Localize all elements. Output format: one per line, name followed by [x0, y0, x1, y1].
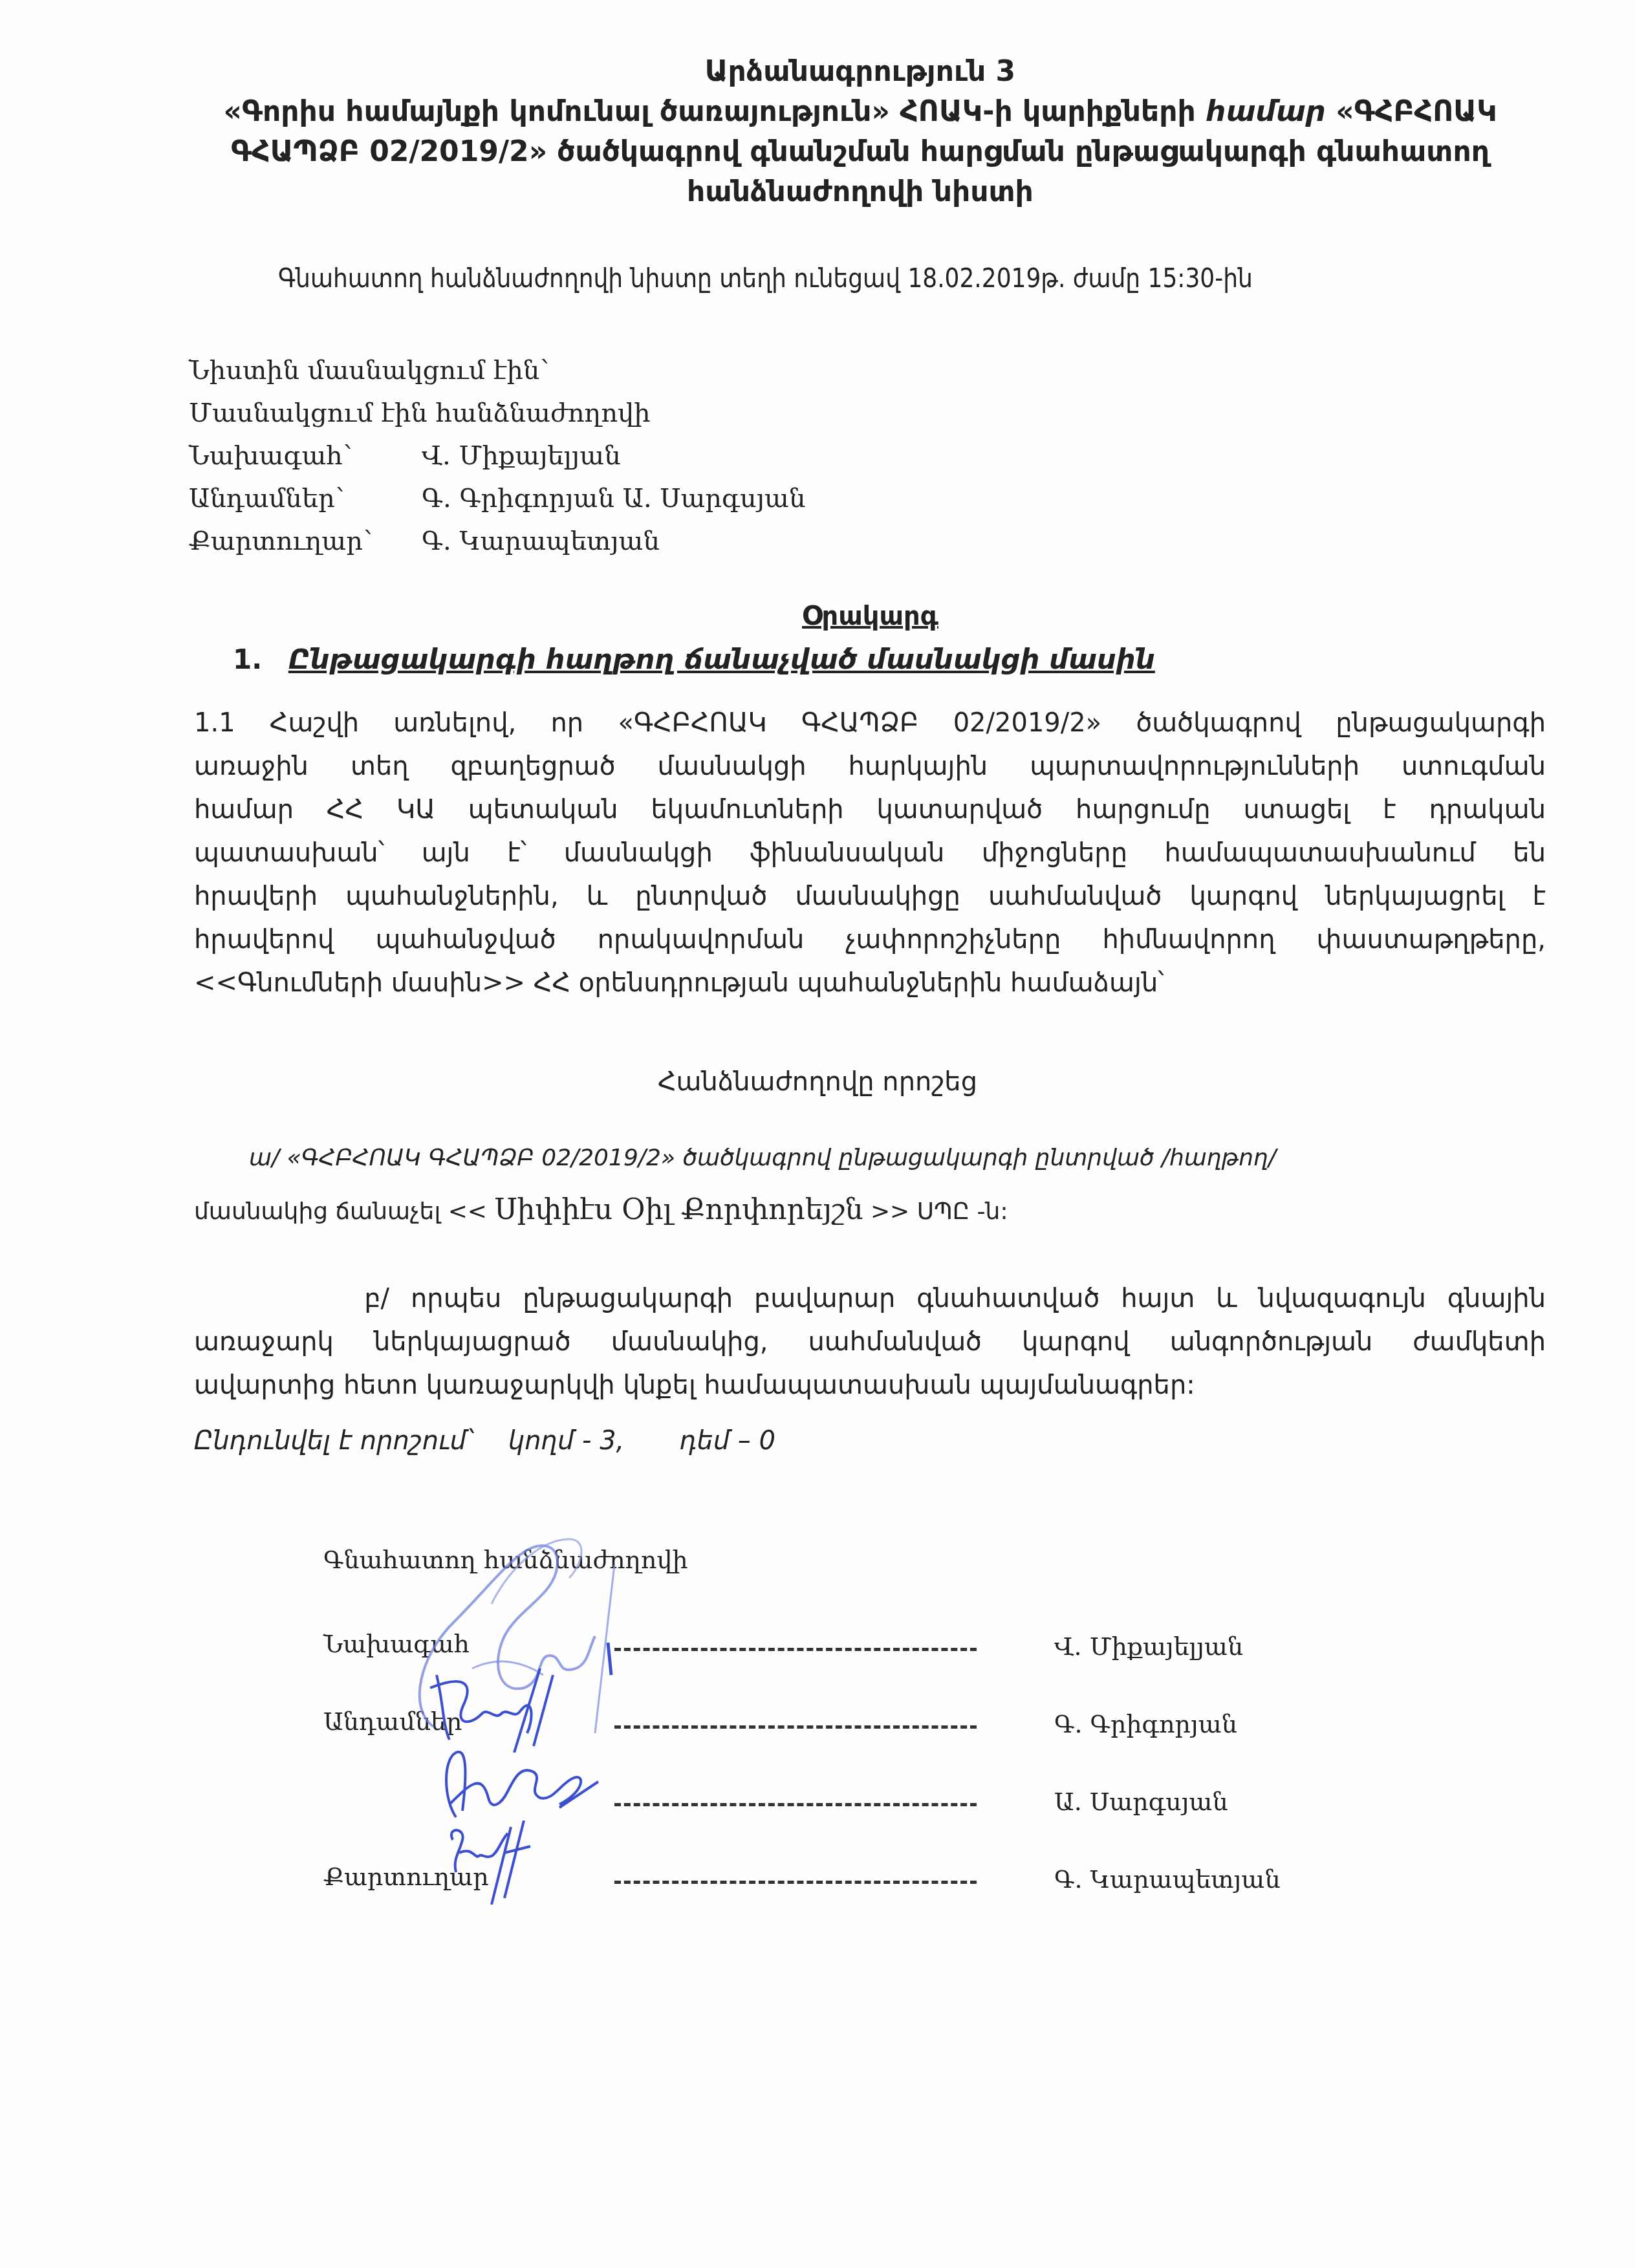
paragraph-line: համար ՀՀ ԿԱ պետական եկամուտների կատարված… [194, 788, 1546, 832]
paragraph-line: առաջարկ ներկայացրած մասնակից, սահմանված … [194, 1321, 1546, 1364]
paragraph-line: <<Գնումների մասին>> ՀՀ օրենսդրության պահ… [194, 962, 1546, 1005]
signature-name: Գ. Կարապետյան [1054, 1865, 1281, 1894]
attendees-intro-text: Նիստին մասնակցում էին՝ [189, 349, 549, 392]
document-page: Արձանագրություն 3 «Գորիս համայնքի կոմուն… [0, 0, 1635, 2268]
winning-company-name: Սիփիէս Օիլ Քորփորեյշն [494, 1193, 863, 1226]
attendees-intro-2: Մասնակցում էին հանձնաժողովի [189, 392, 805, 435]
signature-role: Քարտուղար [323, 1863, 489, 1891]
signature-line [614, 1803, 977, 1806]
title-line-1: Արձանագրություն 3 [162, 52, 1559, 92]
paragraph-line: բ/ որպես ընթացակարգի բավարար գնահատված հ… [194, 1277, 1546, 1321]
attendees-intro: Նիստին մասնակցում էին՝ [189, 349, 805, 392]
document-title: Արձանագրություն 3 «Գորիս համայնքի կոմուն… [162, 52, 1559, 212]
attendees-block: Նիստին մասնակցում էին՝ Մասնակցում էին հա… [189, 349, 805, 563]
decision-a-line-2: մասնակից ճանաչել << Սիփիէս Օիլ Քորփորեյշ… [194, 1193, 1008, 1226]
signature-name: Ա. Սարգսյան [1054, 1787, 1228, 1816]
agenda-item-text: Ընթացակարգի հաղթող ճանաչված մասնակցի մաս… [288, 643, 1155, 675]
attendee-names: Գ. Կարապետյան [422, 520, 660, 563]
signature-name: Վ. Միքայելյան [1054, 1632, 1243, 1661]
agenda-item-number: 1. [233, 643, 262, 675]
attendee-row-members: Անդամներ՝ Գ. Գրիգորյան Ա. Սարգսյան [189, 477, 805, 520]
signature-line [614, 1648, 977, 1651]
signature-row-member-2: Ա. Սարգսյան [323, 1785, 1358, 1824]
attendee-role: Անդամներ՝ [189, 477, 422, 520]
section-1-1-paragraph: 1.1 Հաշվի առնելով, որ «ԳՀԲՀՈԱԿ ԳՀԱՊՁԲ 02… [194, 702, 1546, 1005]
decision-b-paragraph: բ/ որպես ընթացակարգի բավարար գնահատված հ… [194, 1277, 1546, 1407]
paragraph-line: ավարտից հետո կառաջարկվի կնքել համապատասխ… [194, 1364, 1546, 1407]
agenda-title: Օրակարգ [802, 601, 938, 631]
paragraph-line: հրավերի պահանջներին, և ընտրված մասնակիցը… [194, 875, 1546, 918]
vote-result: Ընդունվել է որոշում՝ կողմ - 3, դեմ – 0 [194, 1426, 775, 1456]
vote-against: դեմ – 0 [680, 1426, 775, 1456]
paragraph-line: պատասխան՝ այն է՝ մասնակցի ֆինանսական միջ… [194, 832, 1546, 875]
decision-heading: Հանձնաժողովը որոշեց [0, 1067, 1635, 1097]
signature-row-chair: Նախագահ Վ. Միքայելյան [323, 1630, 1358, 1669]
signature-name: Գ. Գրիգորյան [1054, 1710, 1237, 1738]
signature-row-secretary: Քարտուղար Գ. Կարապետյան [323, 1863, 1358, 1901]
decision-a-suffix: >> ՍՊԸ -ն: [863, 1198, 1008, 1225]
attendee-names: Վ. Միքայելյան [422, 435, 621, 477]
title-line-4: հանձնաժողովի նիստի [162, 172, 1559, 212]
title-line-2-code: «ԳՀԲՀՈԱԿ [1336, 95, 1497, 128]
signature-line [614, 1881, 977, 1884]
paragraph-line: հրավերով պահանջված որակավորման չափորոշիչ… [194, 918, 1546, 962]
attendees-intro2-text: Մասնակցում էին հանձնաժողովի [189, 392, 651, 435]
signature-row-member-1: Անդամներ Գ. Գրիգորյան [323, 1707, 1358, 1746]
title-line-3: ԳՀԱՊՁԲ 02/2019/2» ծածկագրով գնանշման հար… [162, 132, 1559, 172]
signature-role: Անդամներ [323, 1707, 462, 1736]
vote-label: Ընդունվել է որոշում՝ [194, 1426, 472, 1456]
title-line-2-italic: համար [1206, 95, 1326, 128]
attendee-role: Նախագահ՝ [189, 435, 422, 477]
signature-role: Նախագահ [323, 1630, 470, 1658]
decision-a-prefix: մասնակից ճանաչել << [194, 1198, 494, 1225]
signature-line [614, 1725, 977, 1729]
attendee-row-chair: Նախագահ՝ Վ. Միքայելյան [189, 435, 805, 477]
paragraph-line: առաջին տեղ զբաղեցրած մասնակցի հարկային պ… [194, 745, 1546, 788]
agenda-item: 1. Ընթացակարգի հաղթող ճանաչված մասնակցի … [233, 643, 1155, 675]
paragraph-line: 1.1 Հաշվի առնելով, որ «ԳՀԲՀՈԱԿ ԳՀԱՊՁԲ 02… [194, 702, 1546, 745]
vote-for: կողմ - 3, [508, 1426, 624, 1456]
title-line-2-text: «Գորիս համայնքի կոմունալ ծառայություն» Հ… [223, 95, 1195, 128]
signatures-heading: Գնահատող հանձնաժողովի [323, 1546, 688, 1574]
attendee-role: Քարտուղար՝ [189, 520, 422, 563]
title-line-2: «Գորիս համայնքի կոմունալ ծառայություն» Հ… [162, 92, 1559, 132]
decision-a-line-1: ա/ «ԳՀԲՀՈԱԿ ԳՀԱՊՁԲ 02/2019/2» ծածկագրով … [249, 1145, 1276, 1171]
attendee-names: Գ. Գրիգորյան Ա. Սարգսյան [422, 477, 805, 520]
meeting-info: Գնահատող հանձնաժողովի նիստը տեղի ունեցավ… [278, 264, 1253, 294]
attendee-row-secretary: Քարտուղար՝ Գ. Կարապետյան [189, 520, 805, 563]
